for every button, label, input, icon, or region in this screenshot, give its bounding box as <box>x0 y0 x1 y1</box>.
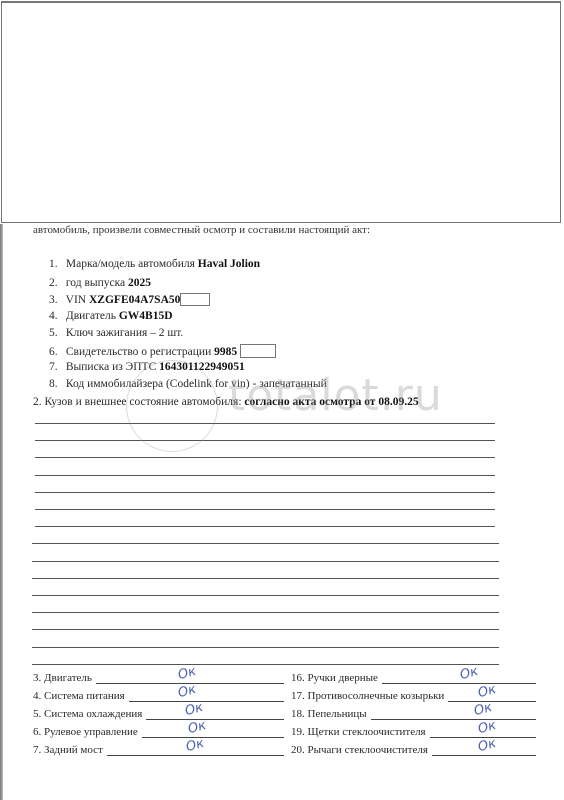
checklist-item: 7. Задний мост <box>33 744 284 756</box>
blank-line <box>35 440 495 441</box>
checklist-fill-line[interactable] <box>371 709 536 720</box>
blank-line <box>35 475 495 476</box>
blank-line <box>32 647 499 648</box>
checklist-item: 17. Противосолнечные козырьки <box>291 690 536 702</box>
checklist-item: 19. Щетки стеклоочистителя <box>291 726 536 738</box>
vehicle-info-item: 6. Свидетельство о регистрации 9985 <box>49 344 276 358</box>
blank-line <box>35 526 495 527</box>
vehicle-info-item: 8. Код иммобилайзера (Codelink for vin) … <box>49 378 327 390</box>
checklist-item: 4. Система питания <box>33 690 284 702</box>
blank-line <box>32 578 499 579</box>
checklist-fill-line[interactable] <box>129 691 284 702</box>
checklist-item: 16. Ручки дверные <box>291 672 536 684</box>
scan-edge-shadow <box>0 224 3 800</box>
vehicle-info-item: 5. Ключ зажигания – 2 шт. <box>49 327 183 339</box>
checklist-item: 20. Рычаги стеклоочистителя <box>291 744 536 756</box>
vehicle-info-item: 3. VIN XZGFE04A7SA50 <box>49 293 210 306</box>
vehicle-info-item: 1. Марка/модель автомобиля Haval Jolion <box>49 258 260 270</box>
checklist-item: 6. Рулевое управление <box>33 726 284 738</box>
blank-line <box>32 561 499 562</box>
redacted-header-box <box>1 1 561 223</box>
blank-line <box>32 664 499 665</box>
checklist-fill-line[interactable] <box>146 709 284 720</box>
checklist-fill-line[interactable] <box>142 727 284 738</box>
blank-line <box>35 423 495 424</box>
blank-line <box>32 612 499 613</box>
blank-line <box>35 509 495 510</box>
blank-line <box>32 595 499 596</box>
vehicle-info-item: 4. Двигатель GW4B15D <box>49 310 173 322</box>
vehicle-info-item: 7. Выписка из ЭПТС 164301122949051 <box>49 361 245 373</box>
checklist-item: 5. Система охлаждения <box>33 708 284 720</box>
section-2-body-condition: 2. Кузов и внешнее состояние автомобиля:… <box>33 396 419 408</box>
vehicle-info-item: 2. год выпуска 2025 <box>49 277 151 289</box>
vin-masked-box <box>180 293 210 306</box>
registration-masked-box <box>240 344 276 358</box>
checklist-item: 3. Двигатель <box>33 672 284 684</box>
intro-text: автомобиль, произвели совместный осмотр … <box>33 224 370 236</box>
checklist-fill-line[interactable] <box>382 673 536 684</box>
blank-line <box>35 492 495 493</box>
blank-line <box>32 629 499 630</box>
blank-line <box>32 543 499 544</box>
checklist-item: 18. Пепельницы <box>291 708 536 720</box>
blank-line <box>35 457 495 458</box>
